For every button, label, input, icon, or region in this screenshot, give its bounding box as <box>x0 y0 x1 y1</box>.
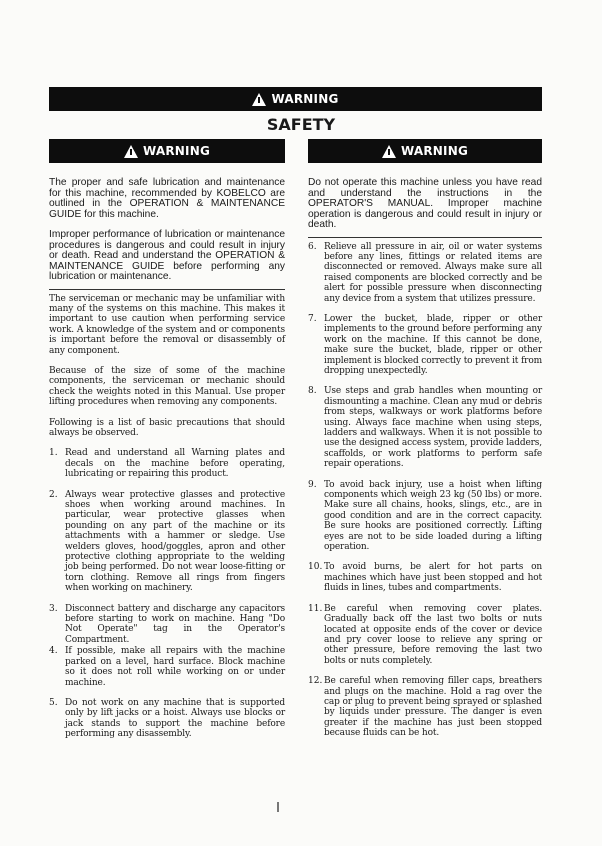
list-item: 1. Read and understand all Warning plate… <box>49 448 285 479</box>
item-number: 11. <box>308 604 324 666</box>
list-item: 6. Relieve all pressure in air, oil or w… <box>308 242 542 304</box>
item-number: 12. <box>308 676 324 738</box>
paragraph: The serviceman or mechanic may be unfami… <box>49 294 285 356</box>
item-text: Be careful when removing cover plates. G… <box>324 604 542 666</box>
right-column: Do not operate this machine unless you h… <box>308 178 542 749</box>
right-warning-banner: WARNING <box>308 139 542 163</box>
list-item: 10. To avoid burns, be alert for hot par… <box>308 562 542 593</box>
warning-paragraph: Improper performance of lubrication or m… <box>49 230 285 283</box>
item-text: Disconnect battery and discharge any cap… <box>65 604 285 646</box>
right-warning-label: WARNING <box>401 144 468 158</box>
list-item: 7. Lower the bucket, blade, ripper or ot… <box>308 314 542 376</box>
item-number: 10. <box>308 562 324 593</box>
item-text: Do not work on any machine that is suppo… <box>65 698 285 740</box>
divider <box>49 289 285 290</box>
item-number: 7. <box>308 314 324 376</box>
item-text: Lower the bucket, blade, ripper or other… <box>324 314 542 376</box>
item-number: 1. <box>49 448 65 479</box>
list-item: 8. Use steps and grab handles when mount… <box>308 386 542 469</box>
list-item: 12. Be careful when removing filler caps… <box>308 676 542 738</box>
warning-triangle-icon <box>124 145 138 158</box>
item-text: Use steps and grab handles when mounting… <box>324 386 542 469</box>
warning-paragraph: The proper and safe lubrication and main… <box>49 178 285 220</box>
paragraph: Because of the size of some of the machi… <box>49 366 285 408</box>
divider <box>308 237 542 238</box>
list-item: 2. Always wear protective glasses and pr… <box>49 490 285 594</box>
page-title: SAFETY <box>0 115 602 134</box>
warning-paragraph: Do not operate this machine unless you h… <box>308 178 542 231</box>
page-mark <box>277 802 279 812</box>
top-warning-label: WARNING <box>271 92 338 106</box>
item-text: Relieve all pressure in air, oil or wate… <box>324 242 542 304</box>
item-text: Be careful when removing filler caps, br… <box>324 676 542 738</box>
item-number: 2. <box>49 490 65 594</box>
paragraph: Following is a list of basic precautions… <box>49 418 285 439</box>
list-item: 11. Be careful when removing cover plate… <box>308 604 542 666</box>
top-warning-banner: WARNING <box>49 87 542 111</box>
item-text: Always wear protective glasses and prote… <box>65 490 285 594</box>
list-item: 3. Disconnect battery and discharge any … <box>49 604 285 646</box>
item-number: 4. <box>49 646 65 688</box>
item-text: Read and understand all Warning plates a… <box>65 448 285 479</box>
warning-triangle-icon <box>382 145 396 158</box>
item-text: To avoid burns, be alert for hot parts o… <box>324 562 542 593</box>
item-text: To avoid back injury, use a hoist when l… <box>324 480 542 553</box>
item-text: If possible, make all repairs with the m… <box>65 646 285 688</box>
left-warning-banner: WARNING <box>49 139 285 163</box>
item-number: 8. <box>308 386 324 469</box>
warning-triangle-icon <box>252 93 266 106</box>
list-item: 5. Do not work on any machine that is su… <box>49 698 285 740</box>
item-number: 3. <box>49 604 65 646</box>
item-number: 6. <box>308 242 324 304</box>
left-warning-label: WARNING <box>143 144 210 158</box>
left-column: The proper and safe lubrication and main… <box>49 178 285 750</box>
list-item: 4. If possible, make all repairs with th… <box>49 646 285 688</box>
list-item: 9. To avoid back injury, use a hoist whe… <box>308 480 542 553</box>
item-number: 5. <box>49 698 65 740</box>
item-number: 9. <box>308 480 324 553</box>
